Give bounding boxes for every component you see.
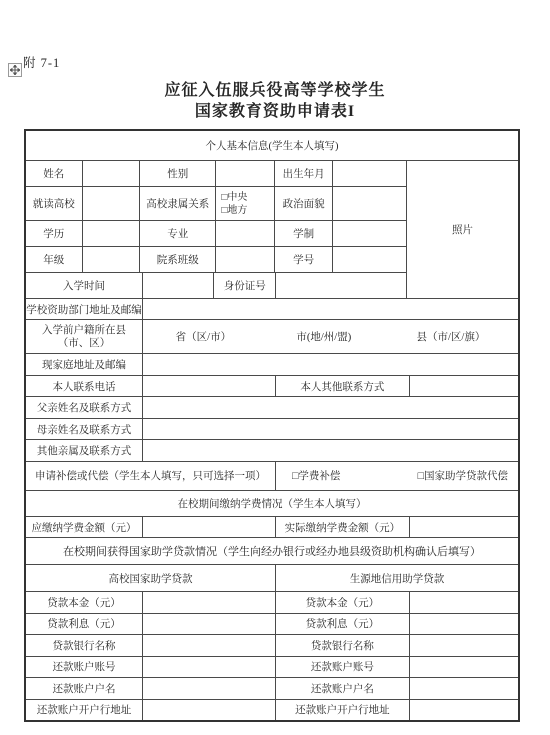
other-relative-value-cell[interactable] [143, 440, 518, 460]
political-value-cell[interactable] [333, 187, 406, 220]
tuition-due-label: 应缴纳学费金额（元） [26, 517, 143, 537]
degree-value-cell[interactable] [83, 221, 141, 246]
degree-label: 学历 [26, 221, 83, 246]
section-loan-header-row: 在校期间获得国家助学贷款情况（学生向经办银行或经办地县级资助机构确认后填写） [26, 538, 518, 565]
section-personal-header: 个人基本信息(学生本人填写) [26, 131, 518, 160]
tuition-due-value-cell[interactable] [143, 517, 276, 537]
origin-bank-value-cell[interactable] [410, 635, 518, 655]
form-title-line2: 国家教育资助申请表I [0, 101, 550, 122]
four-way-arrow-icon [10, 65, 20, 75]
id-no-value-cell[interactable] [276, 273, 407, 298]
photo-cell[interactable]: 照片 [407, 161, 518, 298]
other-contact-value-cell[interactable] [410, 376, 518, 396]
id-no-label: 身份证号 [214, 273, 276, 298]
form-title: 应征入伍服兵役高等学校学生 国家教育资助申请表I [0, 80, 550, 122]
political-label: 政治面貌 [275, 187, 334, 220]
origin-county-label-line1: 入学前户籍所在县 [42, 325, 126, 336]
campus-principal-label: 贷款本金（元） [26, 592, 143, 612]
campus-interest-label: 贷款利息（元） [26, 614, 143, 634]
affiliation-label: 高校隶属关系 [140, 187, 216, 220]
affiliation-options-cell: □中央 □地方 [216, 187, 275, 220]
row-repay-account-name: 还款账户户名 还款账户户名 [26, 678, 518, 699]
row-other-relative: 其他亲属及联系方式 [26, 440, 518, 461]
tuition-paid-value-cell[interactable] [410, 517, 518, 537]
dept-class-value-cell[interactable] [216, 247, 275, 272]
origin-account-no-value-cell[interactable] [410, 657, 518, 677]
home-address-label: 现家庭地址及邮编 [26, 354, 143, 374]
gender-value-cell[interactable] [216, 161, 275, 186]
section-loan-header: 在校期间获得国家助学贷款情况（学生向经办银行或经办地县级资助机构确认后填写） [26, 538, 518, 564]
birth-label: 出生年月 [275, 161, 334, 186]
other-relative-label: 其他亲属及联系方式 [26, 440, 143, 460]
checkbox-central[interactable]: □中央 [221, 191, 247, 204]
origin-account-name-label: 还款账户户名 [276, 678, 410, 698]
row-loan-principal: 贷款本金（元） 贷款本金（元） [26, 592, 518, 613]
origin-principal-value-cell[interactable] [410, 592, 518, 612]
personal-grid-section: 姓名 性别 出生年月 就读高校 高校隶属关系 □中央 □地方 政治面貌 [26, 161, 518, 299]
origin-county-label: 入学前户籍所在县 （市、区） [26, 320, 143, 353]
checkbox-tuition-compensation[interactable]: □学费补偿 [292, 468, 340, 483]
campus-account-no-label: 还款账户账号 [26, 657, 143, 677]
phone-value-cell[interactable] [143, 376, 276, 396]
campus-principal-value-cell[interactable] [143, 592, 276, 612]
origin-principal-label: 贷款本金（元） [276, 592, 410, 612]
province-label: 省（区/市） [176, 329, 231, 344]
origin-county-value-cell[interactable]: 省（区/市） 市(地/州/盟) 县（市/区/旗） [143, 320, 518, 353]
campus-account-no-value-cell[interactable] [143, 657, 276, 677]
campus-loan-header: 高校国家助学贷款 [26, 565, 276, 591]
apply-type-options-cell: □学费补偿 □国家助学贷款代偿 [276, 462, 518, 490]
other-contact-label: 本人其他联系方式 [276, 376, 410, 396]
checkbox-local[interactable]: □地方 [221, 204, 247, 217]
row-enroll: 入学时间 身份证号 [26, 273, 407, 298]
origin-bank-address-label: 还款账户开户行地址 [276, 700, 410, 720]
row-aid-address: 学校资助部门地址及邮编 [26, 299, 518, 320]
checkbox-loan-repayment[interactable]: □国家助学贷款代偿 [418, 468, 508, 483]
campus-bank-value-cell[interactable] [143, 635, 276, 655]
duration-label: 学制 [275, 221, 334, 246]
photo-label: 照片 [452, 222, 473, 237]
row-repay-account-no: 还款账户账号 还款账户账号 [26, 657, 518, 678]
origin-loan-header: 生源地信用助学贷款 [276, 565, 518, 591]
aid-address-value-cell[interactable] [143, 299, 518, 319]
name-label: 姓名 [26, 161, 83, 186]
name-value-cell[interactable] [83, 161, 141, 186]
enroll-time-value-cell[interactable] [143, 273, 214, 298]
student-no-value-cell[interactable] [333, 247, 406, 272]
origin-bank-label: 贷款银行名称 [276, 635, 410, 655]
origin-interest-label: 贷款利息（元） [276, 614, 410, 634]
county-label: 县（市/区/旗） [416, 329, 485, 344]
apply-type-label: 申请补偿或代偿（学生本人填写，只可选择一项） [26, 462, 276, 490]
campus-account-name-label: 还款账户户名 [26, 678, 143, 698]
application-form-table: 个人基本信息(学生本人填写) 姓名 性别 出生年月 就读高校 高校隶属关系 [24, 129, 520, 722]
section-tuition-header-row: 在校期间缴纳学费情况（学生本人填写） [26, 491, 518, 517]
row-repay-bank-address: 还款账户开户行地址 还款账户开户行地址 [26, 700, 518, 720]
section-personal-header-row: 个人基本信息(学生本人填写) [26, 131, 518, 161]
campus-bank-address-label: 还款账户开户行地址 [26, 700, 143, 720]
campus-account-name-value-cell[interactable] [143, 678, 276, 698]
father-label: 父亲姓名及联系方式 [26, 397, 143, 417]
grade-value-cell[interactable] [83, 247, 141, 272]
row-apply-type: 申请补偿或代偿（学生本人填写，只可选择一项） □学费补偿 □国家助学贷款代偿 [26, 462, 518, 491]
section-tuition-header: 在校期间缴纳学费情况（学生本人填写） [26, 491, 518, 516]
aid-address-label: 学校资助部门地址及邮编 [26, 299, 143, 319]
row-name: 姓名 性别 出生年月 [26, 161, 407, 187]
loan-type-subheader-row: 高校国家助学贷款 生源地信用助学贷款 [26, 565, 518, 592]
mother-label: 母亲姓名及联系方式 [26, 419, 143, 439]
document-page: 附 7-1 应征入伍服兵役高等学校学生 国家教育资助申请表I 个人基本信息(学生… [0, 0, 550, 735]
origin-interest-value-cell[interactable] [410, 614, 518, 634]
grade-label: 年级 [26, 247, 83, 272]
row-degree: 学历 专业 学制 [26, 221, 407, 247]
mother-value-cell[interactable] [143, 419, 518, 439]
campus-interest-value-cell[interactable] [143, 614, 276, 634]
major-value-cell[interactable] [216, 221, 275, 246]
row-home-address: 现家庭地址及邮编 [26, 354, 518, 375]
origin-county-label-line2: （市、区） [58, 338, 111, 349]
row-grade: 年级 院系班级 学号 [26, 247, 407, 273]
row-tuition-amount: 应缴纳学费金额（元） 实际缴纳学费金额（元） [26, 517, 518, 538]
father-value-cell[interactable] [143, 397, 518, 417]
row-mother: 母亲姓名及联系方式 [26, 419, 518, 440]
duration-value-cell[interactable] [333, 221, 406, 246]
birth-value-cell[interactable] [333, 161, 406, 186]
home-address-value-cell[interactable] [143, 354, 518, 374]
origin-account-name-value-cell[interactable] [410, 678, 518, 698]
table-move-handle-icon[interactable] [8, 63, 22, 77]
enroll-time-label: 入学时间 [26, 273, 143, 298]
row-origin-county: 入学前户籍所在县 （市、区） 省（区/市） 市(地/州/盟) 县（市/区/旗） [26, 320, 518, 354]
phone-label: 本人联系电话 [26, 376, 143, 396]
tuition-paid-label: 实际缴纳学费金额（元） [276, 517, 410, 537]
attachment-number: 附 7-1 [23, 53, 60, 71]
dept-class-label: 院系班级 [140, 247, 216, 272]
row-father: 父亲姓名及联系方式 [26, 397, 518, 418]
campus-bank-label: 贷款银行名称 [26, 635, 143, 655]
major-label: 专业 [140, 221, 216, 246]
college-label: 就读高校 [26, 187, 83, 220]
origin-bank-address-value-cell[interactable] [410, 700, 518, 720]
college-value-cell[interactable] [83, 187, 141, 220]
origin-account-no-label: 还款账户账号 [276, 657, 410, 677]
form-title-line1: 应征入伍服兵役高等学校学生 [0, 80, 550, 101]
row-loan-interest: 贷款利息（元） 贷款利息（元） [26, 614, 518, 635]
campus-bank-address-value-cell[interactable] [143, 700, 276, 720]
row-loan-bank: 贷款银行名称 贷款银行名称 [26, 635, 518, 656]
city-label: 市(地/州/盟) [296, 329, 351, 344]
student-no-label: 学号 [275, 247, 334, 272]
gender-label: 性别 [140, 161, 216, 186]
row-college: 就读高校 高校隶属关系 □中央 □地方 政治面貌 [26, 187, 407, 221]
row-phone: 本人联系电话 本人其他联系方式 [26, 376, 518, 397]
